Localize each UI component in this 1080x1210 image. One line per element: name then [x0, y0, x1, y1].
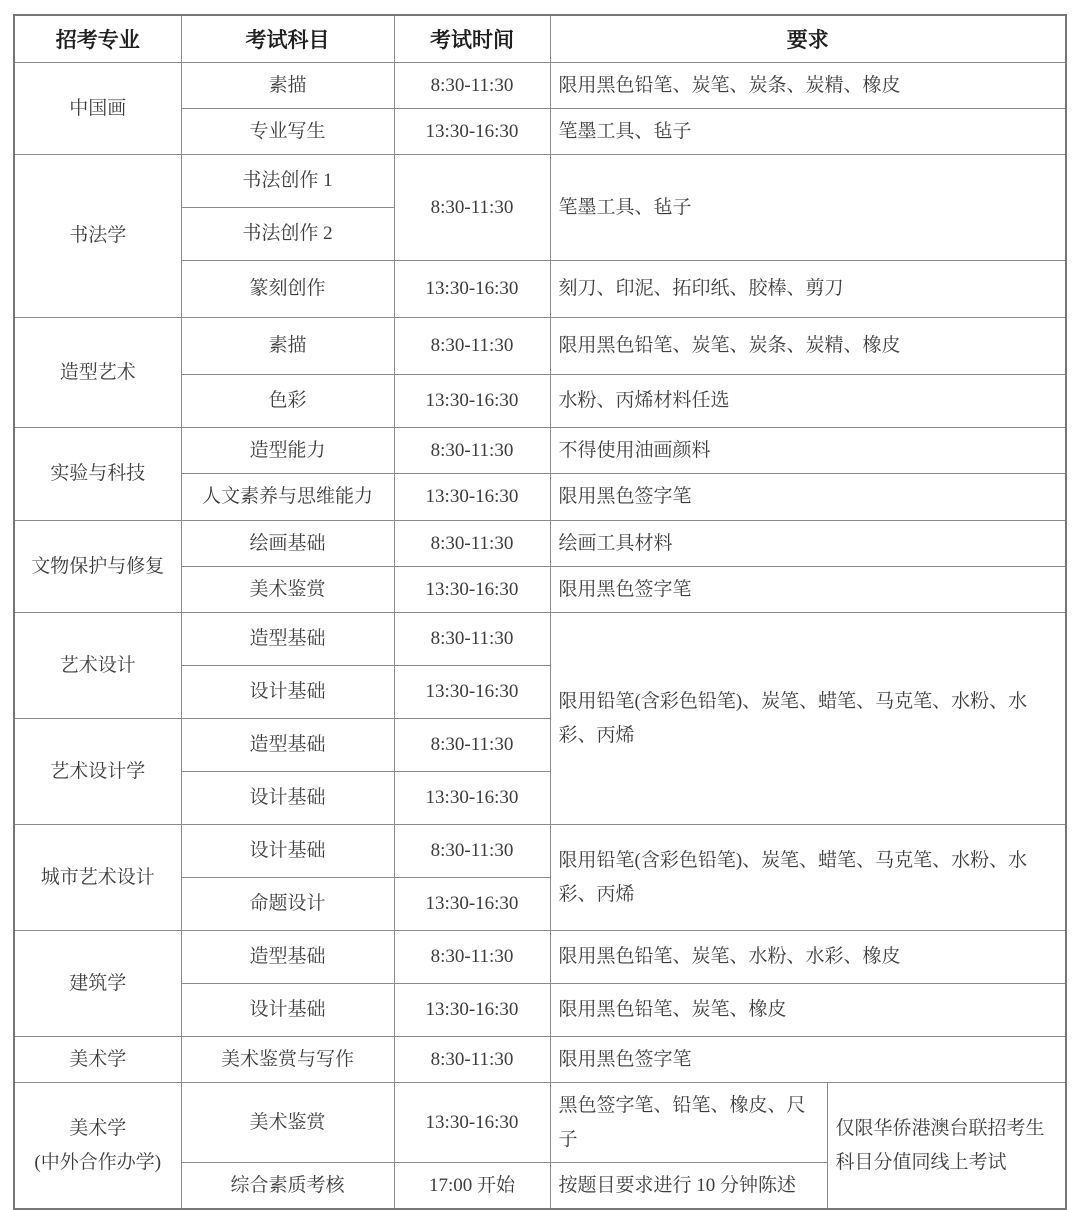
time-cell: 8:30-11:30 [394, 155, 550, 261]
table-row: 建筑学 造型基础 8:30-11:30 限用黑色铅笔、炭笔、水粉、水彩、橡皮 [14, 931, 1066, 984]
table-row: 美术学 (中外合作办学) 美术鉴赏 13:30-16:30 黑色签字笔、铅笔、橡… [14, 1083, 1066, 1163]
requirement-cell: 笔墨工具、毡子 [550, 108, 1066, 154]
requirement-cell: 限用黑色签字笔 [550, 1037, 1066, 1083]
note-cell: 仅限华侨港澳台联招考生 科目分值同线上考试 [827, 1083, 1066, 1209]
subject-cell: 设计基础 [181, 984, 394, 1037]
header-row: 招考专业 考试科目 考试时间 要求 [14, 15, 1066, 62]
time-cell: 13:30-16:30 [394, 474, 550, 520]
requirement-cell: 限用铅笔(含彩色铅笔)、炭笔、蜡笔、马克笔、水粉、水彩、丙烯 [550, 613, 1066, 825]
major-cell: 城市艺术设计 [14, 825, 181, 931]
requirement-cell: 限用黑色铅笔、炭笔、橡皮 [550, 984, 1066, 1037]
requirement-cell: 水粉、丙烯材料任选 [550, 375, 1066, 428]
time-cell: 8:30-11:30 [394, 428, 550, 474]
time-cell: 8:30-11:30 [394, 1037, 550, 1083]
subject-cell: 设计基础 [181, 825, 394, 878]
time-cell: 8:30-11:30 [394, 520, 550, 566]
subject-cell: 书法创作 2 [181, 208, 394, 261]
time-cell: 8:30-11:30 [394, 719, 550, 772]
time-cell: 13:30-16:30 [394, 772, 550, 825]
subject-cell: 素描 [181, 318, 394, 375]
requirement-cell: 限用黑色签字笔 [550, 566, 1066, 612]
major-cell: 美术学 [14, 1037, 181, 1083]
time-cell: 8:30-11:30 [394, 825, 550, 878]
subject-cell: 美术鉴赏 [181, 1083, 394, 1163]
exam-schedule-page: 招考专业 考试科目 考试时间 要求 中国画 素描 8:30-11:30 限用黑色… [0, 0, 1080, 1210]
table-row: 艺术设计 造型基础 8:30-11:30 限用铅笔(含彩色铅笔)、炭笔、蜡笔、马… [14, 613, 1066, 666]
major-cell: 艺术设计 [14, 613, 181, 719]
major-cell: 中国画 [14, 62, 181, 155]
requirement-cell: 限用黑色签字笔 [550, 474, 1066, 520]
requirement-cell: 黑色签字笔、铅笔、橡皮、尺子 [550, 1083, 827, 1163]
header-major: 招考专业 [14, 15, 181, 62]
exam-schedule-table: 招考专业 考试科目 考试时间 要求 中国画 素描 8:30-11:30 限用黑色… [13, 14, 1067, 1210]
subject-cell: 美术鉴赏与写作 [181, 1037, 394, 1083]
time-cell: 13:30-16:30 [394, 1083, 550, 1163]
requirement-cell: 不得使用油画颜料 [550, 428, 1066, 474]
requirement-cell: 限用黑色铅笔、炭笔、炭条、炭精、橡皮 [550, 318, 1066, 375]
subject-cell: 美术鉴赏 [181, 566, 394, 612]
header-requirement: 要求 [550, 15, 1066, 62]
subject-cell: 人文素养与思维能力 [181, 474, 394, 520]
time-cell: 13:30-16:30 [394, 566, 550, 612]
major-cell: 美术学 (中外合作办学) [14, 1083, 181, 1209]
time-cell: 13:30-16:30 [394, 666, 550, 719]
table-row: 城市艺术设计 设计基础 8:30-11:30 限用铅笔(含彩色铅笔)、炭笔、蜡笔… [14, 825, 1066, 878]
subject-cell: 造型基础 [181, 613, 394, 666]
requirement-cell: 限用黑色铅笔、炭笔、炭条、炭精、橡皮 [550, 62, 1066, 108]
requirement-cell: 限用铅笔(含彩色铅笔)、炭笔、蜡笔、马克笔、水粉、水彩、丙烯 [550, 825, 1066, 931]
table-row: 造型艺术 素描 8:30-11:30 限用黑色铅笔、炭笔、炭条、炭精、橡皮 [14, 318, 1066, 375]
major-cell: 造型艺术 [14, 318, 181, 428]
time-cell: 13:30-16:30 [394, 878, 550, 931]
table-row: 文物保护与修复 绘画基础 8:30-11:30 绘画工具材料 [14, 520, 1066, 566]
time-cell: 17:00 开始 [394, 1162, 550, 1209]
table-row: 中国画 素描 8:30-11:30 限用黑色铅笔、炭笔、炭条、炭精、橡皮 [14, 62, 1066, 108]
requirement-cell: 绘画工具材料 [550, 520, 1066, 566]
subject-cell: 篆刻创作 [181, 261, 394, 318]
requirement-cell: 刻刀、印泥、拓印纸、胶棒、剪刀 [550, 261, 1066, 318]
subject-cell: 造型基础 [181, 931, 394, 984]
requirement-cell: 笔墨工具、毡子 [550, 155, 1066, 261]
major-cell: 实验与科技 [14, 428, 181, 521]
subject-cell: 造型能力 [181, 428, 394, 474]
time-cell: 8:30-11:30 [394, 318, 550, 375]
major-cell: 书法学 [14, 155, 181, 318]
table-row: 实验与科技 造型能力 8:30-11:30 不得使用油画颜料 [14, 428, 1066, 474]
time-cell: 13:30-16:30 [394, 984, 550, 1037]
time-cell: 8:30-11:30 [394, 931, 550, 984]
subject-cell: 书法创作 1 [181, 155, 394, 208]
table-row: 美术学 美术鉴赏与写作 8:30-11:30 限用黑色签字笔 [14, 1037, 1066, 1083]
subject-cell: 色彩 [181, 375, 394, 428]
table-row: 书法学 书法创作 1 8:30-11:30 笔墨工具、毡子 [14, 155, 1066, 208]
major-cell: 艺术设计学 [14, 719, 181, 825]
subject-cell: 综合素质考核 [181, 1162, 394, 1209]
time-cell: 8:30-11:30 [394, 62, 550, 108]
requirement-cell: 按题目要求进行 10 分钟陈述 [550, 1162, 827, 1209]
time-cell: 8:30-11:30 [394, 613, 550, 666]
subject-cell: 绘画基础 [181, 520, 394, 566]
requirement-cell: 限用黑色铅笔、炭笔、水粉、水彩、橡皮 [550, 931, 1066, 984]
time-cell: 13:30-16:30 [394, 261, 550, 318]
major-cell: 建筑学 [14, 931, 181, 1037]
subject-cell: 设计基础 [181, 772, 394, 825]
major-cell: 文物保护与修复 [14, 520, 181, 613]
header-subject: 考试科目 [181, 15, 394, 62]
header-time: 考试时间 [394, 15, 550, 62]
subject-cell: 命题设计 [181, 878, 394, 931]
subject-cell: 设计基础 [181, 666, 394, 719]
time-cell: 13:30-16:30 [394, 375, 550, 428]
subject-cell: 素描 [181, 62, 394, 108]
subject-cell: 专业写生 [181, 108, 394, 154]
subject-cell: 造型基础 [181, 719, 394, 772]
time-cell: 13:30-16:30 [394, 108, 550, 154]
